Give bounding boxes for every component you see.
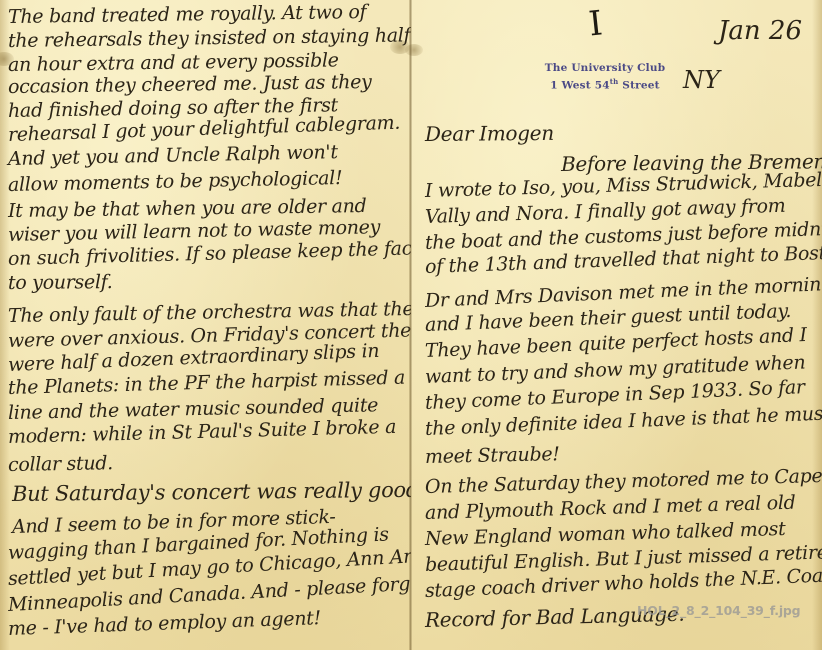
address-street: Street — [618, 80, 659, 92]
letter-line: The band treated me royally. At two of — [8, 1, 367, 28]
letterhead-club-name: The University Club — [535, 61, 675, 75]
letterhead-address: 1 West 54th Street — [535, 75, 675, 93]
letter-line: And yet you and Uncle Ralph won't — [8, 141, 338, 170]
letter-page-right: Before leaving the Bremen I wrote to Iso… — [411, 0, 822, 650]
salutation: Dear Imogen — [425, 121, 554, 146]
letterhead: The University Club 1 West 54th Street — [535, 61, 675, 93]
location-note: NY — [683, 66, 720, 94]
letter-line: to yourself. — [8, 271, 113, 294]
address-number: 1 West 54 — [550, 80, 609, 92]
letter-page-left: The band treated me royally. At two of t… — [0, 0, 411, 650]
letter-line: the rehearsals they insisted on staying … — [8, 24, 411, 52]
letter-line: collar stud. — [8, 452, 113, 476]
paper-stain — [405, 44, 423, 56]
letter-date: Jan 26 — [718, 16, 802, 46]
page-fold-line — [409, 0, 412, 650]
letter-line: But Saturday's concert was really good. — [12, 478, 426, 506]
letter-line: allow moments to be psychological! — [8, 167, 343, 196]
letter-line: meet Straube! — [425, 443, 560, 468]
image-filename-watermark: HOL_2_8_2_104_39_f.jpg — [637, 603, 800, 618]
